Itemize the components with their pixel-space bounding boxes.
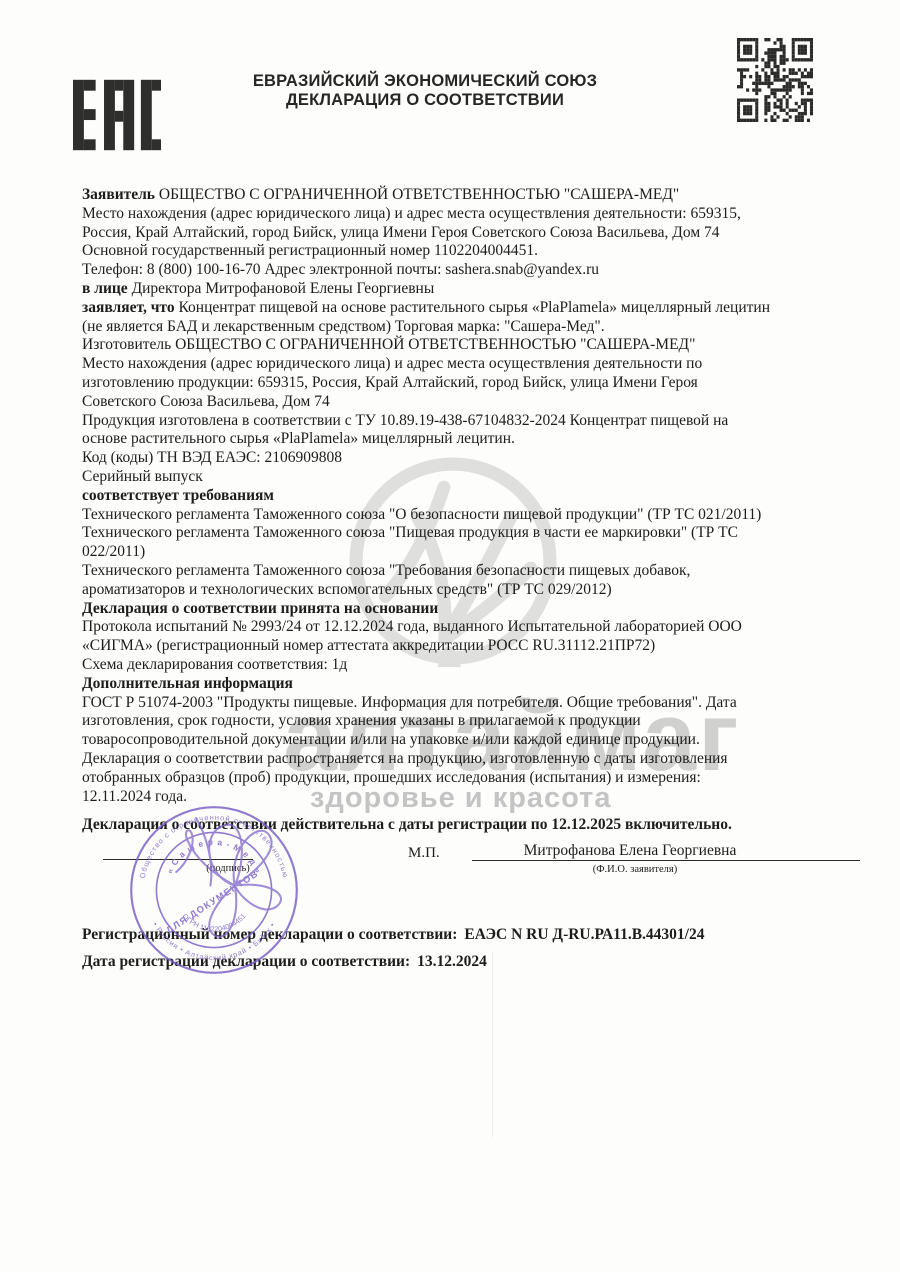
body-text: Заявитель ОБЩЕСТВО С ОГРАНИЧЕННОЙ ОТВЕТС… (82, 186, 877, 806)
body-line: Технического регламента Таможенного союз… (82, 506, 877, 525)
eac-mark-icon (73, 73, 161, 157)
title-line-2: ДЕКЛАРАЦИЯ О СООТВЕТСТВИИ (190, 91, 660, 110)
title-line-1: ЕВРАЗИЙСКИЙ ЭКОНОМИЧЕСКИЙ СОЮЗ (190, 72, 660, 91)
body-line: Декларация о соответствии распространяет… (82, 750, 877, 769)
body-line: Код (коды) ТН ВЭД ЕАЭС: 2106909808 (82, 449, 877, 468)
body-line: 022/2011) (82, 543, 877, 562)
body-line: Основной государственный регистрационный… (82, 242, 877, 261)
body-line: товаросопроводительной документации и/ил… (82, 731, 877, 750)
body-line: Схема декларирования соответствия: 1д (82, 656, 877, 675)
body-line: заявляет, что Концентрат пищевой на осно… (82, 299, 877, 318)
body-line: (не является БАД и лекарственным средств… (82, 318, 877, 337)
body-line: Изготовитель ОБЩЕСТВО С ОГРАНИЧЕННОЙ ОТВ… (82, 336, 877, 355)
body-line: соответствует требованиям (82, 487, 877, 506)
body-line: основе растительного сырья «PlaPlamela» … (82, 430, 877, 449)
body-line: изготовления, срок годности, условия хра… (82, 712, 877, 731)
body-line: «СИГМА» (регистрационный номер аттестата… (82, 637, 877, 656)
registration-number-value: ЕАЭС N RU Д-RU.РА11.В.44301/24 (464, 926, 704, 943)
body-line: Продукция изготовлена в соответствии с Т… (82, 412, 877, 431)
body-line: Серийный выпуск (82, 468, 877, 487)
qr-code-icon (737, 38, 813, 122)
body-line: Декларация о соответствии принята на осн… (82, 600, 877, 619)
body-line: ГОСТ Р 51074-2003 "Продукты пищевые. Инф… (82, 694, 877, 713)
body-line: отобранных образцов (проб) продукции, пр… (82, 769, 877, 788)
company-stamp: Общество с ограниченной ответственностью… (124, 800, 304, 980)
paper-crease (492, 952, 493, 1137)
body-line: Советского Союза Васильева, Дом 74 (82, 393, 877, 412)
body-line: Место нахождения (адрес юридического лиц… (82, 355, 877, 374)
document-title: ЕВРАЗИЙСКИЙ ЭКОНОМИЧЕСКИЙ СОЮЗ ДЕКЛАРАЦИ… (190, 72, 660, 110)
applicant-name-line (472, 860, 860, 861)
body-line: Россия, Край Алтайский, город Бийск, ули… (82, 224, 877, 243)
body-line: Протокола испытаний № 2993/24 от 12.12.2… (82, 618, 877, 637)
applicant-name-caption: (Ф.И.О. заявителя) (440, 864, 830, 875)
applicant-name: Митрофанова Елена Георгиевна (435, 842, 825, 860)
declaration-page: ЕВРАЗИЙСКИЙ ЭКОНОМИЧЕСКИЙ СОЮЗ ДЕКЛАРАЦИ… (0, 0, 900, 1272)
body-line: в лице Директора Митрофановой Елены Геор… (82, 280, 877, 299)
body-line: Место нахождения (адрес юридического лиц… (82, 205, 877, 224)
body-line: Технического регламента Таможенного союз… (82, 562, 877, 581)
body-line: ароматизаторов и технологических вспомог… (82, 581, 877, 600)
body-line: Технического регламента Таможенного союз… (82, 524, 877, 543)
registration-date-value: 13.12.2024 (417, 953, 487, 970)
body-line: изготовлению продукции: 659315, Россия, … (82, 374, 877, 393)
body-line: Заявитель ОБЩЕСТВО С ОГРАНИЧЕННОЙ ОТВЕТС… (82, 186, 877, 205)
body-line: Дополнительная информация (82, 675, 877, 694)
body-line: Телефон: 8 (800) 100-16-70 Адрес электро… (82, 261, 877, 280)
